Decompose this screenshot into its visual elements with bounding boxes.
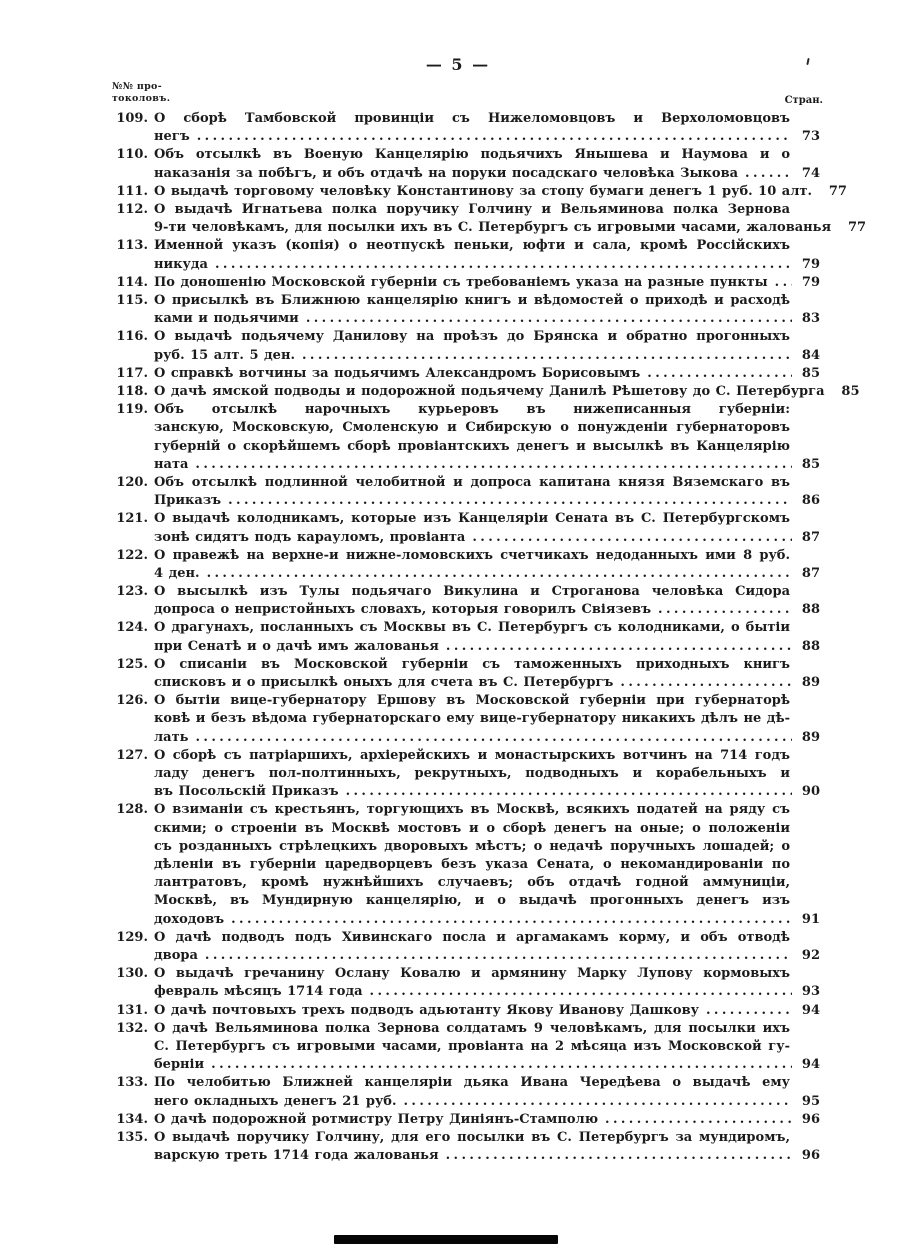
entry-page-number: 84 [794,347,820,365]
toc-entry: 131.О дачѣ почтовыхъ трехъ подводъ адьют… [108,1002,820,1020]
entry-text-line: О дачѣ Вельяминова полка Зернова солдата… [154,1020,820,1038]
dot-leader: ........................................… [370,983,792,1001]
entry-text: Приказъ [154,492,221,510]
entry-text: По доношенію Московской губерніи съ треб… [154,274,768,292]
toc-entry: 125.О списаніи въ Московской губерніи съ… [108,656,820,692]
entry-number: 116. [108,328,148,346]
dot-leader: ........................................… [215,256,792,274]
entry-text-line: С. Петербургъ съ игровыми часами, провіа… [154,1038,820,1056]
entry-text-line: О присылкѣ въ Ближнюю канцелярію книгъ и… [154,292,820,310]
entry-text: зонѣ сидятъ подъ карауломъ, провіанта [154,529,465,547]
entry-page-number: 89 [794,729,820,747]
entry-text-line: Объ отсылкѣ подлинной челобитной и допро… [154,474,820,492]
entry-page-number: 89 [794,674,820,692]
entry-number: 110. [108,146,148,164]
dot-leader: ........................................… [197,128,792,146]
dot-leader: ........................................… [446,638,792,656]
entry-last-line: 4 ден...................................… [154,565,820,583]
scanned-page: — 5 — №№ про- токоловъ. Стран. 109.О сбо… [0,0,900,1249]
entry-last-line: 9-ти человѣкамъ, для посылки ихъ въ С. П… [154,219,820,237]
entry-last-line: берніи..................................… [154,1056,820,1074]
entry-number: 111. [108,183,148,201]
toc-entry: 121.О выдачѣ колодникамъ, которые изъ Ка… [108,510,820,546]
entry-text-line: По челобитью Ближней канцеляріи дьяка Ив… [154,1074,820,1092]
dot-leader: ........................................… [302,347,792,365]
entry-number: 120. [108,474,148,492]
entry-last-line: двора...................................… [154,947,820,965]
entry-last-line: О справкѣ вотчины за подьячимъ Александр… [154,365,820,383]
entry-number: 133. [108,1074,148,1092]
entry-text-line: О драгунахъ, посланныхъ съ Москвы въ С. … [154,619,820,637]
entry-number: 127. [108,747,148,765]
toc-entry: 111.О выдачѣ торговому человѣку Констант… [108,183,820,201]
entry-page-number: 74 [794,165,820,183]
entry-last-line: О дачѣ ямской подводы и подорожной подья… [154,383,820,401]
entry-text: доходовъ [154,911,224,929]
entry-text-line: О выдачѣ Игнатьева полка поручику Голчин… [154,201,820,219]
toc-entry: 110.Объ отсылкѣ въ Военую Канцелярію под… [108,146,820,182]
toc-entry: 115.О присылкѣ въ Ближнюю канцелярію кни… [108,292,820,328]
toc-entry: 127.О сборѣ съ патріаршихъ, архіерейских… [108,747,820,802]
toc-entry: 120.Объ отсылкѣ подлинной челобитной и д… [108,474,820,510]
toc-entry: 124.О драгунахъ, посланныхъ съ Москвы въ… [108,619,820,655]
entry-text: февраль мѣсяцъ 1714 года [154,983,363,1001]
entry-number: 128. [108,801,148,819]
entry-text: О дачѣ подорожной ротмистру Петру Диніян… [154,1111,598,1129]
dot-leader: ........................................… [745,165,792,183]
entry-last-line: февраль мѣсяцъ 1714 года................… [154,983,820,1001]
entry-text-line: ладу денегъ пол-полтинныхъ, рекрутныхъ, … [154,765,820,783]
toc-entry: 118.О дачѣ ямской подводы и подорожной п… [108,383,820,401]
entry-text: О выдачѣ торговому человѣку Константинов… [154,183,812,201]
entry-text-line: губерній о скорѣйшемъ сборѣ провіантских… [154,438,820,456]
entry-text-line: Именной указъ (копія) о неотпускѣ пеньки… [154,237,820,255]
entry-text-line: О выдачѣ поручику Голчину, для его посыл… [154,1129,820,1147]
entry-last-line: О дачѣ подорожной ротмистру Петру Диніян… [154,1111,820,1129]
toc-entry: 112.О выдачѣ Игнатьева полка поручику Го… [108,201,820,237]
entry-number: 119. [108,401,148,419]
protocol-header-line-2: токоловъ. [112,93,170,105]
dot-leader: ........................................… [228,492,792,510]
entry-text: 4 ден. [154,565,200,583]
entry-text: ками и подьячими [154,310,299,328]
entry-page-number: 92 [794,947,820,965]
toc-entry: 126.О бытіи вице-губернатору Ершову въ М… [108,692,820,747]
entry-text: ната [154,456,188,474]
entry-text-line: О списаніи въ Московской губерніи съ там… [154,656,820,674]
entry-number: 126. [108,692,148,710]
entry-number: 114. [108,274,148,292]
entry-page-number: 94 [794,1002,820,1020]
entry-last-line: О выдачѣ торговому человѣку Константинов… [154,183,820,201]
entry-text-line: скими; о строеніи въ Москвѣ мостовъ и о … [154,820,820,838]
entry-text: 9-ти человѣкамъ, для посылки ихъ въ С. П… [154,219,831,237]
entry-page-number: 94 [794,1056,820,1074]
dot-leader: ........................................… [195,729,792,747]
toc-entry: 116.О выдачѣ подьячему Данилову на проѣз… [108,328,820,364]
entry-page-number: 73 [794,128,820,146]
toc-entry: 114.По доношенію Московской губерніи съ … [108,274,820,292]
dot-leader: ........................................… [346,783,792,801]
toc-entry: 113.Именной указъ (копія) о неотпускѣ пе… [108,237,820,273]
page-number: — 5 — [0,55,900,74]
entry-text: О справкѣ вотчины за подьячимъ Александр… [154,365,640,383]
toc-entry: 109.О сборѣ Тамбовской провинціи съ Ниже… [108,110,820,146]
entry-number: 117. [108,365,148,383]
entry-number: 129. [108,929,148,947]
entry-number: 132. [108,1020,148,1038]
entry-text-line: О бытіи вице-губернатору Ершову въ Моско… [154,692,820,710]
entry-last-line: лать....................................… [154,729,820,747]
entry-text-line: съ розданныхъ стрѣлецкихъ дворовыхъ мѣст… [154,838,820,856]
entry-page-number: 85 [794,456,820,474]
entry-page-number: 95 [794,1093,820,1111]
entry-text-line: О правежѣ на верхне-и нижне-ломовскихъ с… [154,547,820,565]
entry-page-number: 96 [794,1147,820,1165]
entry-number: 115. [108,292,148,310]
entry-text: въ Посольскій Приказъ [154,783,339,801]
entry-number: 112. [108,201,148,219]
entry-page-number: 90 [794,783,820,801]
entry-text-line: лантратовъ, кромѣ нужнѣйшихъ случаевъ; о… [154,874,820,892]
toc-entry: 135.О выдачѣ поручику Голчину, для его п… [108,1129,820,1165]
dot-leader: ........................................… [658,601,792,619]
entry-text: О дачѣ почтовыхъ трехъ подводъ адьютанту… [154,1002,699,1020]
entry-text-line: занскую, Московскую, Смоленскую и Сибирс… [154,419,820,437]
entry-text-line: О сборѣ Тамбовской провинціи съ Нижеломо… [154,110,820,128]
entry-text-line: О сборѣ съ патріаршихъ, архіерейскихъ и … [154,747,820,765]
toc-entry: 122.О правежѣ на верхне-и нижне-ломовски… [108,547,820,583]
entry-page-number: 77 [821,183,847,201]
entry-text: руб. 15 алт. 5 ден. [154,347,295,365]
entry-number: 109. [108,110,148,128]
dot-leader: ........................................… [205,947,792,965]
entry-text: О дачѣ ямской подводы и подорожной подья… [154,383,825,401]
entry-text: варскую треть 1714 года жалованья [154,1147,439,1165]
entry-page-number: 86 [794,492,820,510]
entry-last-line: доходовъ................................… [154,911,820,929]
entry-number: 134. [108,1111,148,1129]
toc-entry: 128.О взиманіи съ крестьянъ, торгующихъ … [108,801,820,928]
dot-leader: ........................................… [605,1111,792,1129]
entry-text: лать [154,729,188,747]
entry-page-number: 85 [834,383,860,401]
entry-last-line: ната....................................… [154,456,820,474]
dot-leader: ........................................… [306,310,792,328]
entry-number: 123. [108,583,148,601]
entry-last-line: никуда..................................… [154,256,820,274]
entry-number: 135. [108,1129,148,1147]
toc-entry: 132.О дачѣ Вельяминова полка Зернова сол… [108,1020,820,1075]
entry-page-number: 96 [794,1111,820,1129]
toc-entry: 129.О дачѣ подводъ подъ Хивинскаго посла… [108,929,820,965]
dot-leader: ........................................… [647,365,792,383]
dot-leader: ........................................… [620,674,792,692]
entry-text: никуда [154,256,208,274]
toc-entry: 123.О высылкѣ изъ Тулы подьячаго Викулин… [108,583,820,619]
entry-text-line: О выдачѣ подьячему Данилову на проѣзъ до… [154,328,820,346]
entry-number: 118. [108,383,148,401]
entry-text-line: О высылкѣ изъ Тулы подьячаго Викулина и … [154,583,820,601]
entry-page-number: 88 [794,638,820,656]
toc-entry: 117.О справкѣ вотчины за подьячимъ Алекс… [108,365,820,383]
entry-text-line: О дачѣ подводъ подъ Хивинскаго посла и а… [154,929,820,947]
dot-leader: ........................................… [706,1002,792,1020]
dot-leader: ........................................… [472,529,792,547]
entry-text-line: ковѣ и безъ вѣдома губернаторскаго ему в… [154,710,820,728]
page-column-header: Стран. [785,95,823,106]
entry-last-line: зонѣ сидятъ подъ карауломъ, провіанта...… [154,529,820,547]
protocol-number-column-header: №№ про- токоловъ. [112,81,170,104]
toc-entry: 119.Объ отсылкѣ нарочныхъ курьеровъ въ н… [108,401,820,474]
table-of-contents: 109.О сборѣ Тамбовской провинціи съ Ниже… [108,110,820,1165]
dot-leader: ........................................… [775,274,792,292]
entry-number: 131. [108,1002,148,1020]
dot-leader: ........................................… [207,565,792,583]
entry-text-line: О выдачѣ колодникамъ, которые изъ Канцел… [154,510,820,528]
toc-entry: 130.О выдачѣ гречанину Ослану Ковалю и а… [108,965,820,1001]
dot-leader: ........................................… [403,1093,792,1111]
entry-last-line: О дачѣ почтовыхъ трехъ подводъ адьютанту… [154,1002,820,1020]
entry-last-line: По доношенію Московской губерніи съ треб… [154,274,820,292]
dot-leader: ........................................… [211,1056,792,1074]
entry-number: 124. [108,619,148,637]
entry-last-line: при Сенатѣ и о дачѣ имъ жалованья.......… [154,638,820,656]
entry-last-line: негъ....................................… [154,128,820,146]
dot-leader: ........................................… [195,456,792,474]
entry-number: 125. [108,656,148,674]
toc-entry: 133.По челобитью Ближней канцеляріи дьяк… [108,1074,820,1110]
entry-number: 130. [108,965,148,983]
entry-last-line: Приказъ.................................… [154,492,820,510]
entry-number: 122. [108,547,148,565]
entry-text-line: Москвѣ, въ Мундирную канцелярію, и о выд… [154,892,820,910]
entry-last-line: ками и подьячими........................… [154,310,820,328]
toc-entry: 134.О дачѣ подорожной ротмистру Петру Ди… [108,1111,820,1129]
entry-page-number: 77 [840,219,866,237]
entry-text: негъ [154,128,190,146]
entry-text-line: О выдачѣ гречанину Ослану Ковалю и армян… [154,965,820,983]
entry-page-number: 88 [794,601,820,619]
entry-page-number: 79 [794,256,820,274]
entry-text: при Сенатѣ и о дачѣ имъ жалованья [154,638,439,656]
entry-last-line: въ Посольскій Приказъ...................… [154,783,820,801]
entry-text: него окладныхъ денегъ 21 руб. [154,1093,396,1111]
entry-number: 113. [108,237,148,255]
entry-text: берніи [154,1056,204,1074]
entry-last-line: него окладныхъ денегъ 21 руб............… [154,1093,820,1111]
entry-text: наказанія за побѣгъ, и объ отдачѣ на пор… [154,165,738,183]
entry-text-line: дѣленіи въ губерніи царедворцевъ безъ ук… [154,856,820,874]
protocol-header-line-1: №№ про- [112,81,170,93]
entry-page-number: 93 [794,983,820,1001]
entry-last-line: наказанія за побѣгъ, и объ отдачѣ на пор… [154,165,820,183]
entry-page-number: 87 [794,529,820,547]
entry-page-number: 91 [794,911,820,929]
entry-text-line: Объ отсылкѣ въ Военую Канцелярію подьячи… [154,146,820,164]
scan-artifact-bar [334,1235,558,1244]
entry-page-number: 85 [794,365,820,383]
entry-text-line: О взиманіи съ крестьянъ, торгующихъ въ М… [154,801,820,819]
entry-text-line: Объ отсылкѣ нарочныхъ курьеровъ въ нижеп… [154,401,820,419]
entry-text: допроса о непристойныхъ словахъ, которыя… [154,601,651,619]
entry-text: двора [154,947,198,965]
entry-page-number: 83 [794,310,820,328]
entry-number: 121. [108,510,148,528]
entry-text: списковъ и о присылкѣ оныхъ для счета въ… [154,674,613,692]
entry-last-line: допроса о непристойныхъ словахъ, которыя… [154,601,820,619]
entry-last-line: варскую треть 1714 года жалованья.......… [154,1147,820,1165]
entry-page-number: 87 [794,565,820,583]
entry-page-number: 79 [794,274,820,292]
entry-last-line: списковъ и о присылкѣ оныхъ для счета въ… [154,674,820,692]
entry-last-line: руб. 15 алт. 5 ден......................… [154,347,820,365]
dot-leader: ........................................… [231,911,792,929]
dot-leader: ........................................… [446,1147,792,1165]
